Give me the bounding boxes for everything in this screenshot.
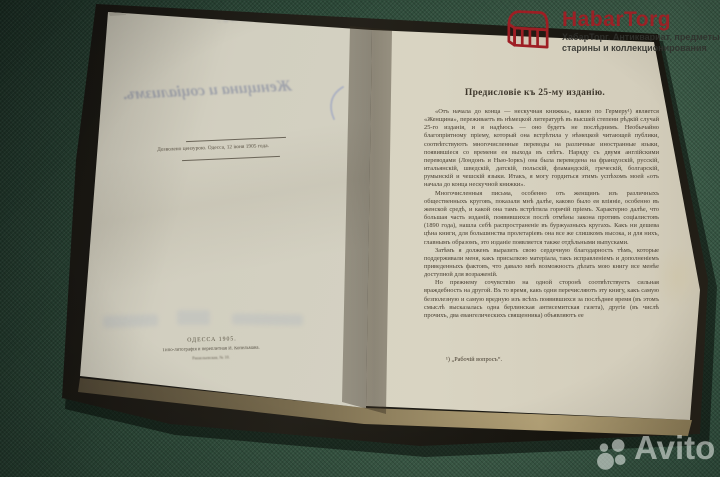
habartorg-tagline-1: ХабарТорг. Антиквариат, предметы [562, 32, 720, 42]
treasure-chest-icon [500, 4, 556, 50]
preface-paragraph: «Отъ начала до конца — нескучная книжка»… [424, 108, 659, 190]
showthrough-title: Женщина и соціализмъ. [104, 77, 311, 106]
preface-footnote: ¹) „Рабочій вопросъ“. [446, 356, 502, 363]
preface-heading: Предисловіе къ 25-му изданію. [440, 88, 630, 98]
preface-paragraph: Затѣмъ я долженъ выразить свою сердечную… [424, 247, 659, 280]
divider-rule [186, 137, 286, 142]
preface-paragraph: Но прежнему сочувствію на одной сторонѣ … [424, 279, 659, 320]
imprint-city: ОДЕССА 1905. [150, 335, 274, 344]
avito-watermark: Avito [596, 430, 715, 472]
avito-dots-icon [596, 438, 634, 472]
showthrough-smudge [232, 313, 303, 325]
habartorg-tagline-2: старины и коллекционирования [562, 43, 707, 53]
showthrough-smudge [177, 310, 210, 325]
showthrough-smudge [103, 314, 158, 328]
divider-rule [182, 156, 280, 161]
avito-label: Avito [634, 430, 715, 466]
photo: А. БЕБЕЛЬ. Женщина и соціализмъ. Дозволе… [0, 0, 720, 477]
preface-text: «Отъ начала до конца — нескучная книжка»… [424, 108, 659, 320]
imprint-address: Ришельевская, № 10. [141, 353, 281, 362]
habartorg-watermark: HabarTorg ХабарТорг. Антиквариат, предме… [500, 2, 720, 54]
censor-line: Дозволено цензурою. Одесса, 12 іюня 1905… [116, 142, 310, 155]
habartorg-brand: HabarTorg [562, 8, 671, 32]
preface-paragraph: Многочисленныя письма, особенно отъ женщ… [424, 190, 659, 247]
pen-mark-icon [322, 84, 348, 122]
